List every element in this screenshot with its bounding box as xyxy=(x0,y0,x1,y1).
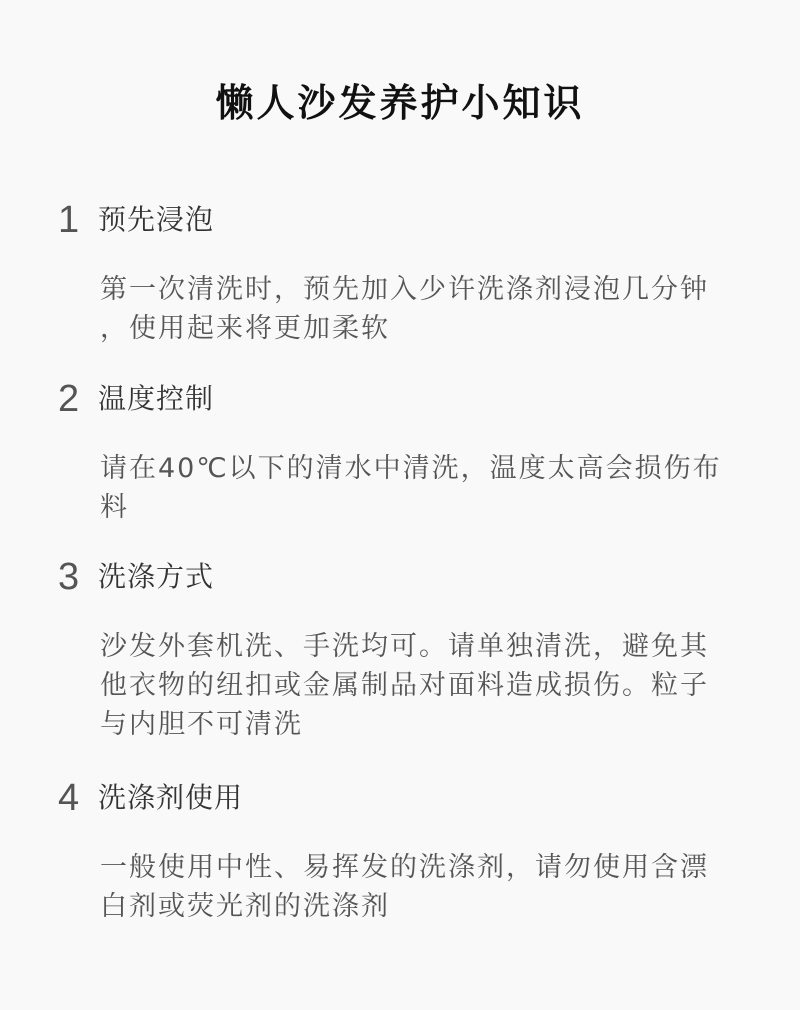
body-line: 料 xyxy=(100,488,740,527)
section-title: 预先浸泡 xyxy=(98,198,214,242)
section-body: 沙发外套机洗、手洗均可。请单独清洗，避免其 他衣物的纽扣或金属制品对面料造成损伤… xyxy=(100,627,740,744)
page-title: 懒人沙发养护小知识 xyxy=(0,78,800,128)
section-header: 1 预先浸泡 xyxy=(58,198,758,242)
section-body: 第一次清洗时，预先加入少许洗涤剂浸泡几分钟 ，使用起来将更加柔软 xyxy=(100,270,740,348)
body-line: 他衣物的纽扣或金属制品对面料造成损伤。粒子 xyxy=(100,666,740,705)
section-pre-soak: 1 预先浸泡 第一次清洗时，预先加入少许洗涤剂浸泡几分钟 ，使用起来将更加柔软 xyxy=(58,198,758,348)
section-header: 3 洗涤方式 xyxy=(58,555,758,599)
section-header: 2 温度控制 xyxy=(58,377,758,421)
section-header: 4 洗涤剂使用 xyxy=(58,776,758,820)
section-washing-method: 3 洗涤方式 沙发外套机洗、手洗均可。请单独清洗，避免其 他衣物的纽扣或金属制品… xyxy=(58,555,758,744)
section-title: 洗涤剂使用 xyxy=(98,776,243,820)
section-number: 1 xyxy=(58,198,98,242)
body-line: 沙发外套机洗、手洗均可。请单独清洗，避免其 xyxy=(100,627,740,666)
body-line: 白剂或荧光剂的洗涤剂 xyxy=(100,887,740,926)
section-title: 洗涤方式 xyxy=(98,555,214,599)
body-line: 第一次清洗时，预先加入少许洗涤剂浸泡几分钟 xyxy=(100,270,740,309)
section-number: 2 xyxy=(58,377,98,421)
section-temperature-control: 2 温度控制 请在40℃以下的清水中清洗，温度太高会损伤布 料 xyxy=(58,377,758,527)
section-number: 3 xyxy=(58,555,98,599)
body-line: 请在40℃以下的清水中清洗，温度太高会损伤布 xyxy=(100,449,740,488)
body-line: ，使用起来将更加柔软 xyxy=(100,309,740,348)
section-body: 一般使用中性、易挥发的洗涤剂，请勿使用含漂 白剂或荧光剂的洗涤剂 xyxy=(100,848,740,926)
section-title: 温度控制 xyxy=(98,377,214,421)
body-line: 一般使用中性、易挥发的洗涤剂，请勿使用含漂 xyxy=(100,848,740,887)
section-body: 请在40℃以下的清水中清洗，温度太高会损伤布 料 xyxy=(100,449,740,527)
section-detergent-use: 4 洗涤剂使用 一般使用中性、易挥发的洗涤剂，请勿使用含漂 白剂或荧光剂的洗涤剂 xyxy=(58,776,758,926)
body-line: 与内胆不可清洗 xyxy=(100,705,740,744)
section-number: 4 xyxy=(58,776,98,820)
